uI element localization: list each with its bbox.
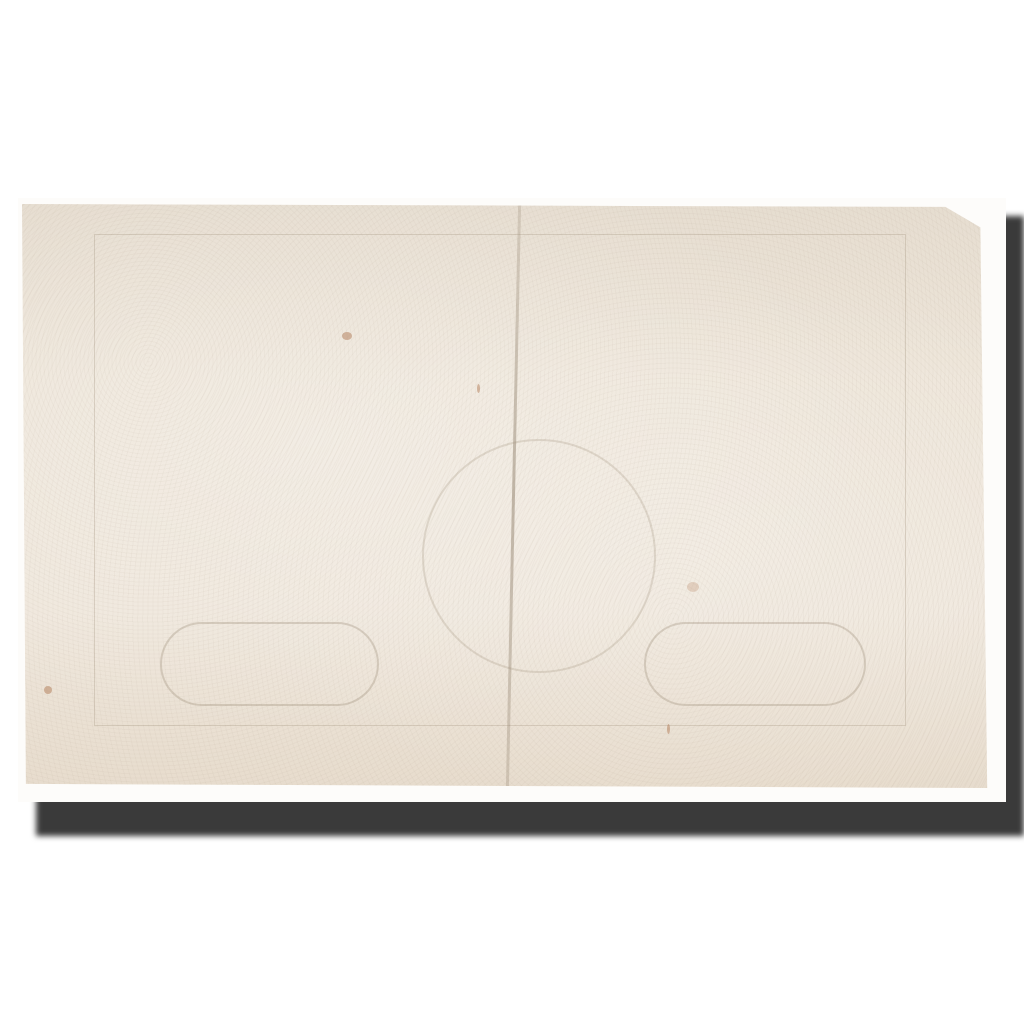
foxing-stain (687, 582, 699, 592)
center-fold-crease (506, 204, 521, 788)
printed-border-frame (94, 234, 906, 726)
left-value-oval (160, 622, 379, 706)
right-value-oval (644, 622, 866, 706)
foxing-stain (477, 384, 480, 393)
foxing-stain (667, 724, 670, 734)
foxing-stain (44, 686, 52, 694)
banknote-paper (22, 204, 994, 788)
embossed-medallion (422, 439, 656, 673)
foxing-stain (342, 332, 352, 340)
